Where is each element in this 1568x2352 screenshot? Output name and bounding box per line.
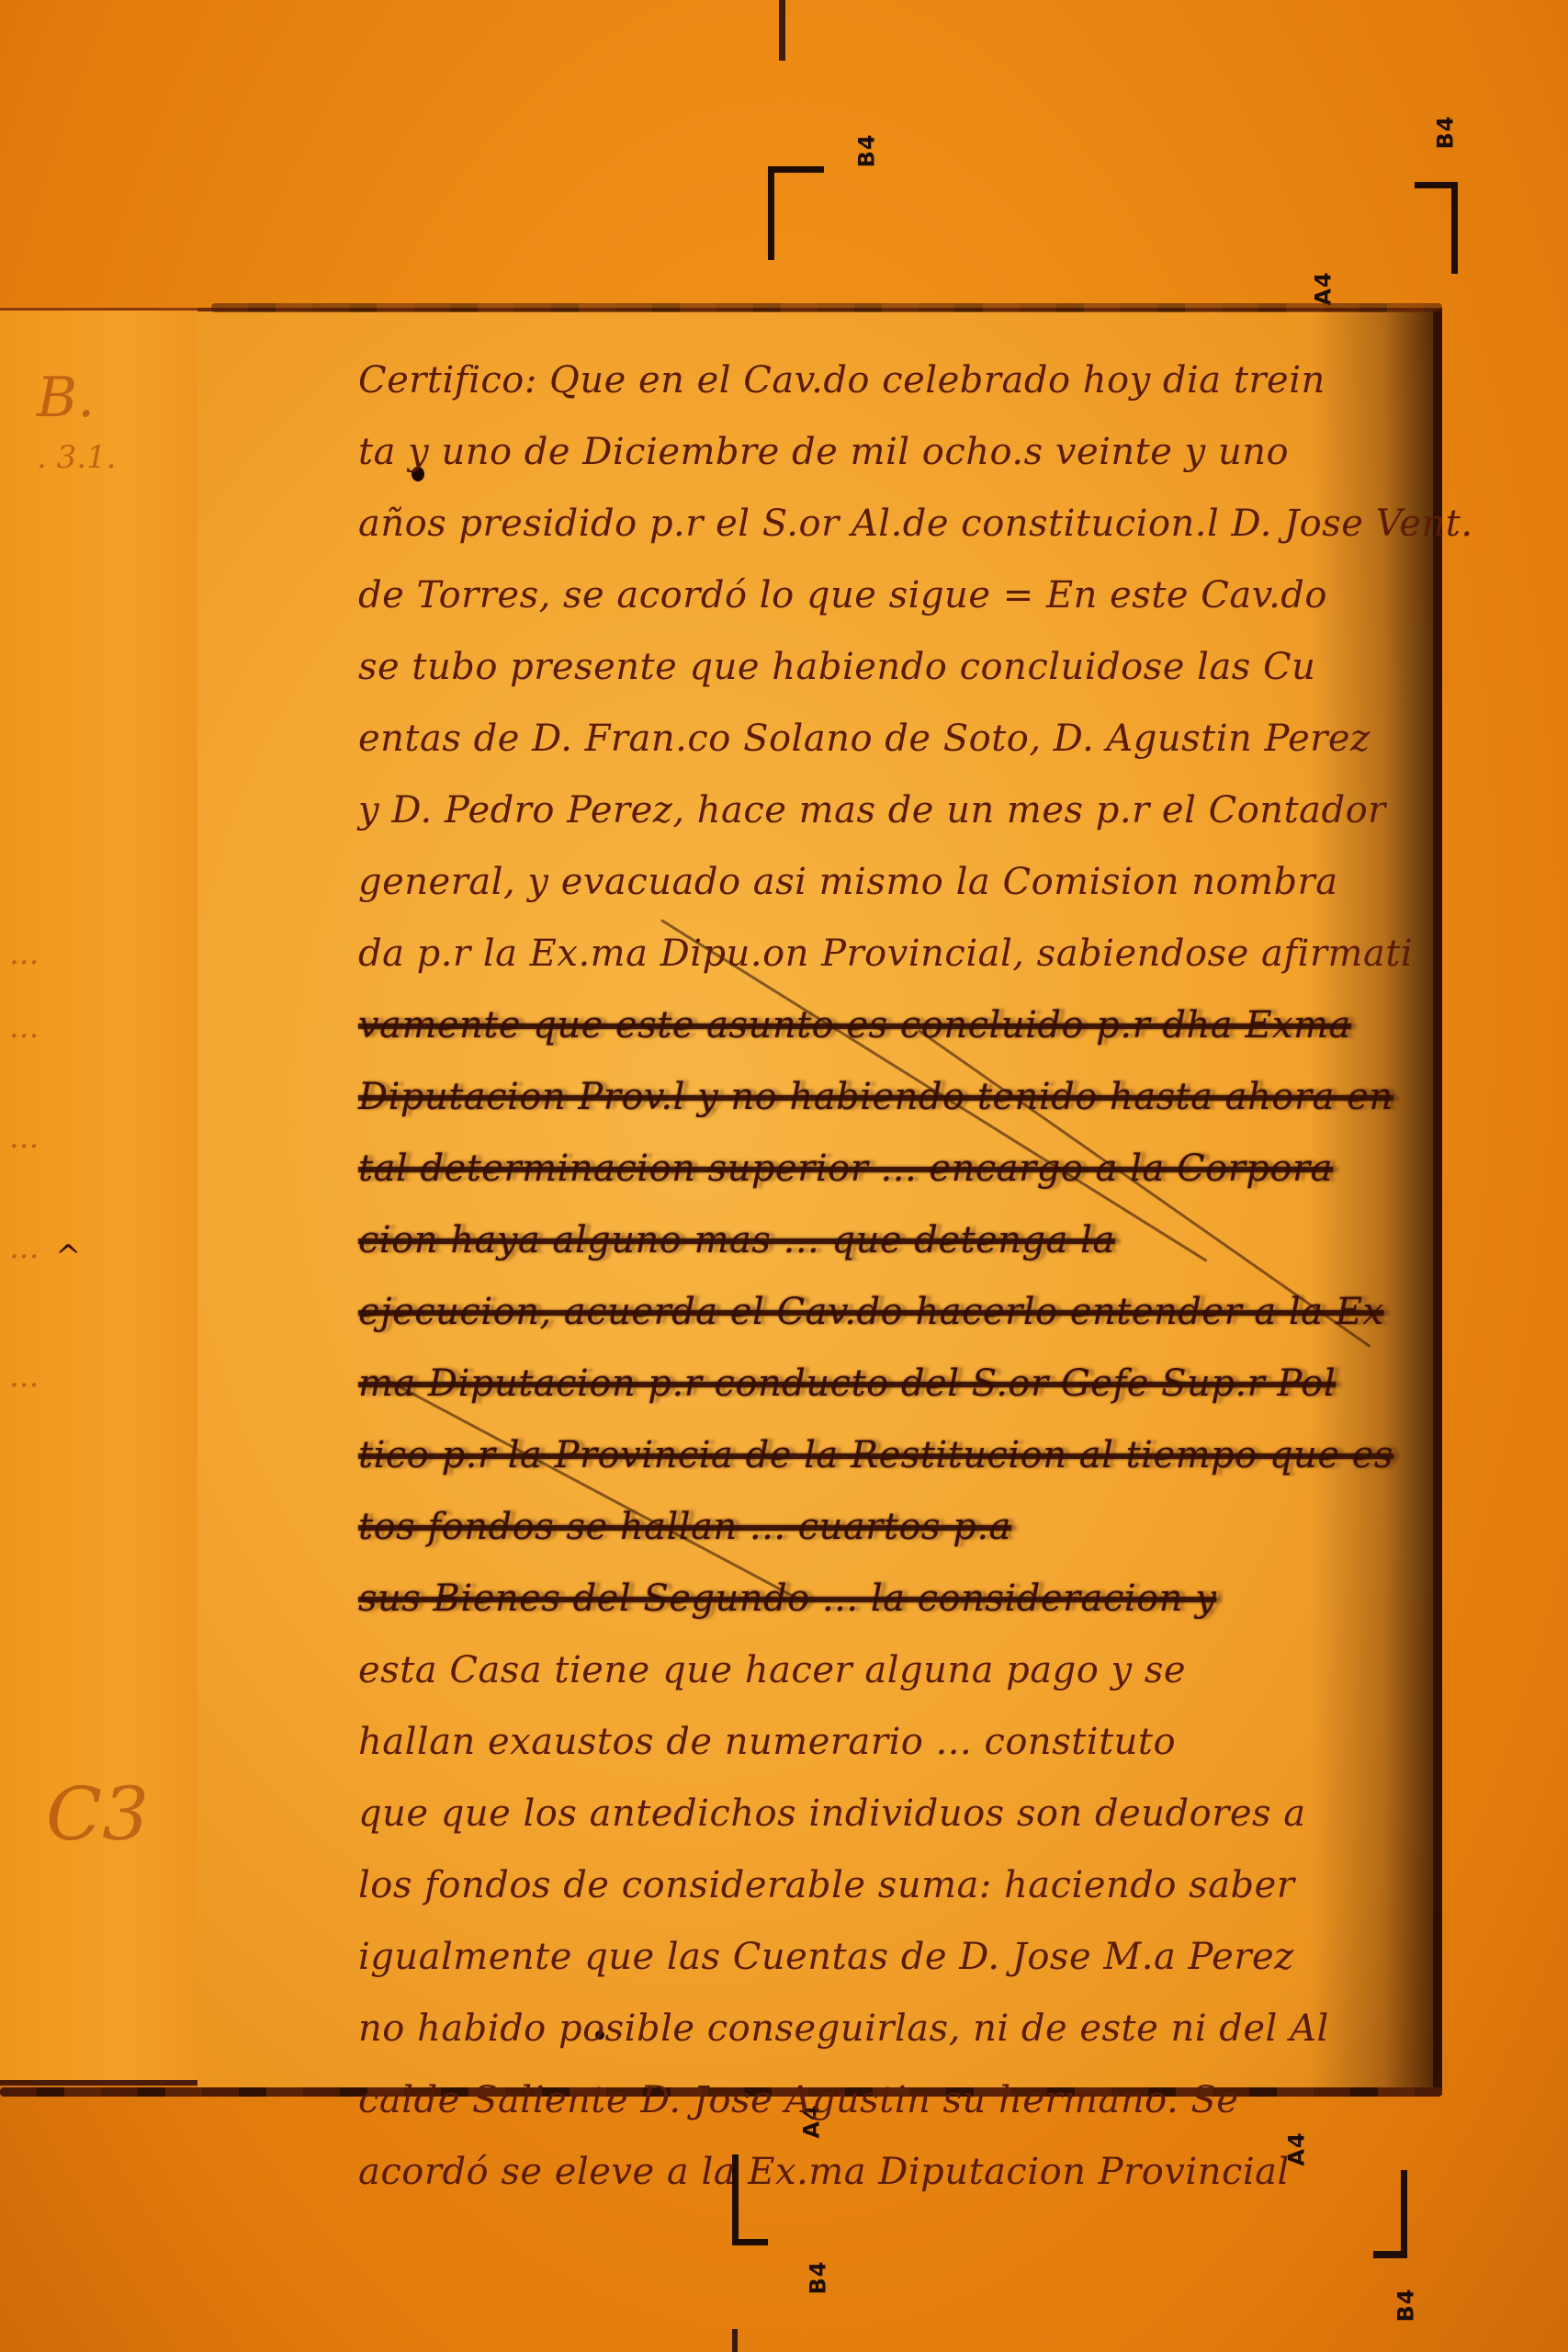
struck-line: vamente que este asunto es concluido p.r…: [358, 989, 1433, 1061]
manuscript-line: da p.r la Ex.ma Dipu.on Provincial, sabi…: [358, 918, 1433, 989]
manuscript-line: no habido posible conseguirlas, ni de es…: [358, 1993, 1433, 2064]
struck-line: cion haya alguno mas ... que detenga la: [358, 1204, 1433, 1276]
manuscript-line: y D. Pedro Perez, hace mas de un mes p.r…: [358, 775, 1433, 846]
manuscript-line: Certifico: Que en el Cav.do celebrado ho…: [358, 345, 1433, 416]
manuscript-line: esta Casa tiene que hacer alguna pago y …: [358, 1634, 1433, 1706]
top-vertical-guide: [779, 0, 785, 61]
label-bottom-right-b4: B4: [1393, 2289, 1419, 2323]
manuscript-line: igualmente que las Cuentas de D. Jose M.…: [358, 1921, 1433, 1993]
manuscript-line: ta y uno de Diciembre de mil ocho.s vein…: [358, 416, 1433, 488]
left-page-line: ...: [9, 935, 39, 972]
left-page-flourish: C3: [46, 1771, 149, 1857]
manuscript-line: acordó se eleve a la Ex.ma Diputacion Pr…: [358, 2136, 1433, 2208]
left-page-line: B.: [37, 366, 95, 430]
left-page-line: ...: [9, 1119, 39, 1156]
left-page-fragment: B. . 3.1. ... ... ... ... ^ ... C3: [0, 308, 211, 2086]
left-page-line: . 3.1.: [37, 439, 117, 476]
manuscript-line: de Torres, se acordó lo que sigue = En e…: [358, 560, 1433, 631]
manuscript-line: hallan exaustos de numerario ... constit…: [358, 1706, 1433, 1778]
crop-mark-top-left-b4: [768, 166, 824, 260]
left-page-line: ...: [9, 1009, 39, 1046]
struck-line: ejecucion, acuerda el Cav.do hacerlo ent…: [358, 1276, 1433, 1348]
struck-line: tal determinacion superior ... encargo a…: [358, 1133, 1433, 1204]
struck-line: tos fondos se hallan ... cuartos p.a: [358, 1491, 1433, 1563]
struck-line: Diputacion Prov.l y no habiendo tenido h…: [358, 1061, 1433, 1133]
label-top-left-b4: B4: [854, 134, 880, 168]
struck-line: sus Bienes del Segundo ... la considerac…: [358, 1563, 1433, 1634]
struck-line: ma Diputacion p.r conducto del S.or Gefe…: [358, 1348, 1433, 1419]
left-page-line: ...: [9, 1358, 39, 1395]
manuscript-line: que que los antedichos individuos son de…: [358, 1778, 1433, 1849]
struck-line: tico p.r la Provincia de la Restitucion …: [358, 1419, 1433, 1491]
crop-mark-top-right-b4: [1415, 182, 1458, 274]
caret-mark: ^: [55, 1238, 82, 1275]
manuscript-line: entas de D. Fran.co Solano de Soto, D. A…: [358, 703, 1433, 775]
manuscript-line: los fondos de considerable suma: haciend…: [358, 1849, 1433, 1921]
label-bottom-left-b4: B4: [806, 2261, 831, 2295]
left-page-line: ...: [9, 1229, 39, 1266]
label-top-a4: A4: [1311, 271, 1337, 305]
manuscript-line: se tubo presente que habiendo concluidos…: [358, 631, 1433, 703]
manuscript-line: general, y evacuado asi mismo la Comisio…: [358, 846, 1433, 918]
manuscript-line: años presidido p.r el S.or Al.de constit…: [358, 488, 1433, 560]
top-deckle-edge: [211, 303, 1442, 312]
bottom-vertical-guide: [732, 2329, 738, 2352]
label-top-right-b4: B4: [1433, 116, 1459, 150]
manuscript-line: calde Saliente D. Jose Agustin su herman…: [358, 2064, 1433, 2136]
manuscript-text: Certifico: Que en el Cav.do celebrado ho…: [358, 345, 1433, 2208]
